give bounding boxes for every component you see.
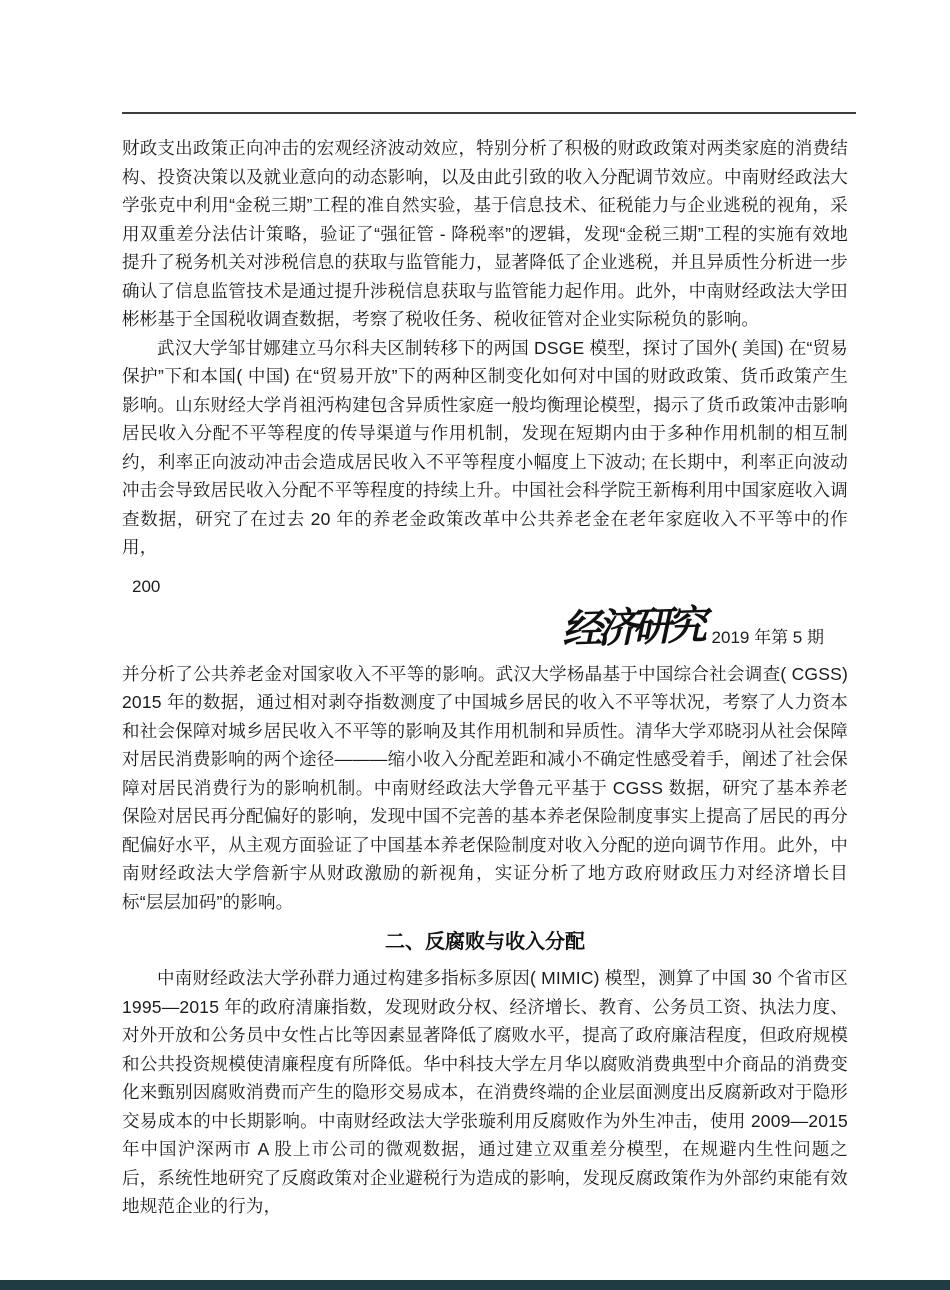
paragraph-anticorruption: 中南财经政法大学孙群力通过构建多指标多原因( MIMIC) 模型，测算了中国 3… (122, 964, 848, 1221)
text-column: 财政支出政策正向冲击的宏观经济波动效应，特别分析了积极的财政政策对两类家庭的消费… (122, 134, 848, 1221)
section-heading-anticorruption: 二、反腐败与收入分配 (122, 928, 848, 956)
journal-issue-label: 2019 年第 5 期 (712, 626, 824, 650)
journal-page: 财政支出政策正向冲击的宏观经济波动效应，特别分析了积极的财政政策对两类家庭的消费… (0, 0, 950, 1290)
page-number: 200 (122, 576, 848, 598)
journal-logo-calligraphy: 经济研究 (561, 603, 702, 652)
bottom-edge-bar (0, 1280, 950, 1290)
paragraph-dsge-pension: 武汉大学邹甘娜建立马尔科夫区制转移下的两国 DSGE 模型，探讨了国外( 美国)… (122, 334, 848, 562)
journal-header: 经济研究 2019 年第 5 期 (122, 598, 848, 650)
header-rule (122, 112, 856, 114)
paragraph-social-security: 并分析了公共养老金对国家收入不平等的影响。武汉大学杨晶基于中国综合社会调查( C… (122, 660, 848, 917)
paragraph-fiscal-tax-policy: 财政支出政策正向冲击的宏观经济波动效应，特别分析了积极的财政政策对两类家庭的消费… (122, 134, 848, 334)
